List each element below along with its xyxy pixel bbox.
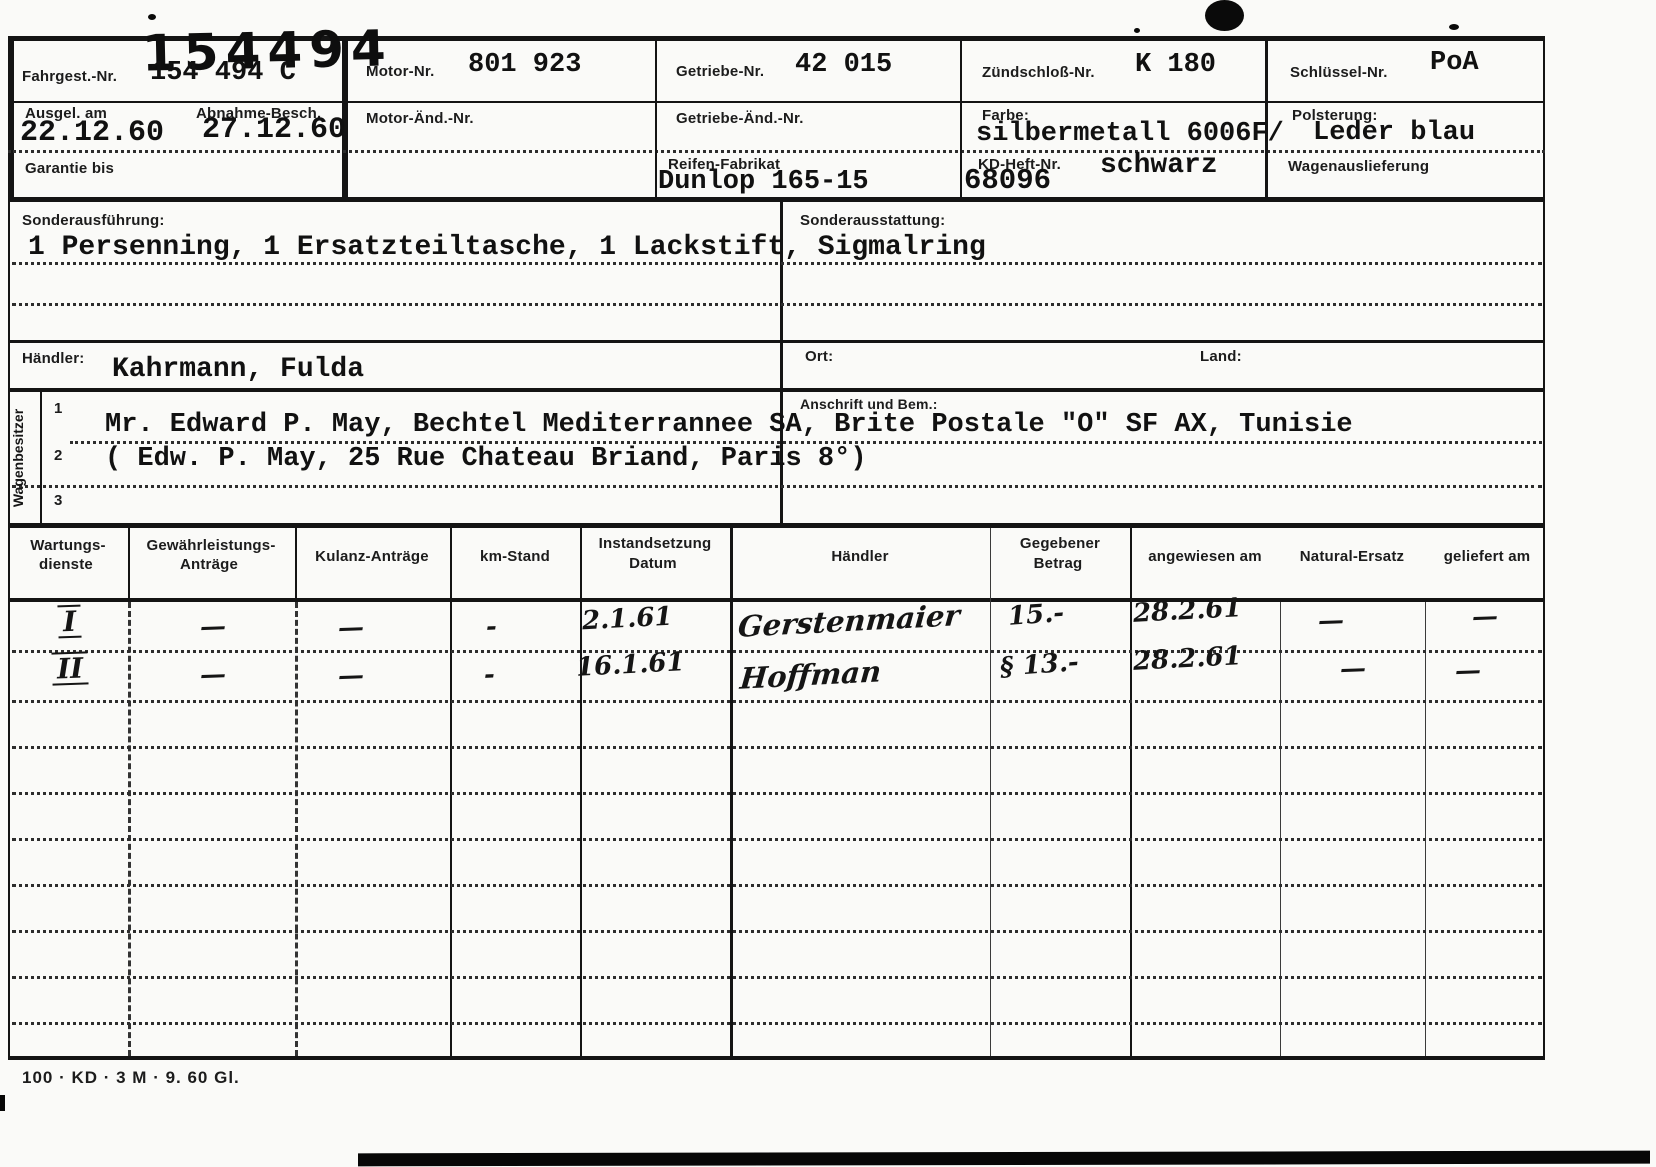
th-gewaehrleistung-1: Gewährleistungs- <box>146 537 275 554</box>
row-rule <box>12 1022 1542 1025</box>
kd-heft-value: 68096 <box>964 164 1051 197</box>
haendler-label: Händler: <box>22 350 84 367</box>
fahrgest-typed-value: 154 494 C <box>150 58 296 88</box>
besitzer-line2: ( Edw. P. May, 25 Rue Chateau Briand, Pa… <box>105 444 867 474</box>
row-rule <box>12 700 1542 703</box>
sonder-dotted-rule-2 <box>12 303 1542 306</box>
scanned-service-card: { "header": { "fahrgest_label": "Fahrges… <box>0 0 1656 1167</box>
row1-natural: — <box>1317 606 1344 637</box>
row-rule <box>12 792 1542 795</box>
row1-angewiesen: 28.2.61 <box>1132 593 1242 629</box>
row2-gewaehr: — <box>199 660 226 691</box>
fahrgest-label: Fahrgest.-Nr. <box>22 68 117 85</box>
row-rule <box>12 976 1542 979</box>
besitzer-row2-num: 2 <box>54 447 63 464</box>
sonderausfuehrung-value: 1 Persenning, 1 Ersatzteiltasche, 1 Lack… <box>28 232 986 263</box>
farbe-value: silbermetall 6006F/ <box>976 119 1284 149</box>
schluessel-value: PoA <box>1430 48 1479 78</box>
th-km-stand: km-Stand <box>480 548 550 565</box>
th-betrag-2: Betrag <box>1034 555 1083 572</box>
scan-speck <box>1449 24 1459 30</box>
th-haendler: Händler <box>831 548 888 565</box>
row1-gewaehr: — <box>199 612 226 643</box>
table-vdash <box>295 602 298 1056</box>
wagenauslieferung-label: Wagenauslieferung <box>1288 158 1429 175</box>
getriebe-label: Getriebe-Nr. <box>676 63 764 80</box>
th-angewiesen: angewiesen am <box>1148 548 1261 565</box>
row2-natural: — <box>1339 654 1366 685</box>
row1-dienst: I <box>57 605 81 639</box>
form-number-footer: 100 · KD · 3 M · 9. 60 Gl. <box>22 1068 240 1088</box>
besitzer-row3-num: 3 <box>54 492 63 509</box>
row2-geliefert: — <box>1454 656 1481 687</box>
row2-dotted-rule <box>8 150 1545 153</box>
idblock-bottom-rule <box>8 197 1545 202</box>
th-instandsetzung-2: Datum <box>629 555 677 572</box>
row-rule <box>12 650 1542 653</box>
row-rule <box>12 746 1542 749</box>
card-left-border-thick <box>8 36 14 200</box>
th-geliefert: geliefert am <box>1444 548 1531 565</box>
scan-edge-bar <box>358 1151 1650 1167</box>
besitzer-gutter-rule <box>40 392 42 523</box>
zuendschloss-label: Zündschloß-Nr. <box>982 64 1095 81</box>
row1-betrag: 15.- <box>1007 598 1065 632</box>
table-top-rule <box>8 523 1545 528</box>
card-right-border <box>1543 36 1545 1058</box>
row-rule <box>12 930 1542 933</box>
col-rule-motor-getriebe <box>655 36 657 200</box>
besitzer-dotted-rule-2 <box>12 485 1542 488</box>
col-rule-zuend-schluessel <box>1265 36 1268 200</box>
table-vdash <box>128 602 131 1056</box>
row2-kulanz: — <box>337 661 364 692</box>
haendler-value: Kahrmann, Fulda <box>112 354 364 385</box>
polsterung-value: Leder blau <box>1313 118 1475 148</box>
row-rule <box>12 838 1542 841</box>
th-instandsetzung-1: Instandsetzung <box>599 535 712 552</box>
motor-label: Motor-Nr. <box>366 63 434 80</box>
row2-haendler: Hoffman <box>739 654 883 696</box>
motor-aend-label: Motor-Änd.-Nr. <box>366 110 474 127</box>
th-natural-ersatz: Natural-Ersatz <box>1300 548 1405 565</box>
row2-dienst: II <box>51 651 88 686</box>
schluessel-label: Schlüssel-Nr. <box>1290 64 1388 81</box>
scan-speck <box>148 14 156 20</box>
haendler-bottom-rule <box>8 388 1545 392</box>
sonderausstattung-label: Sonderausstattung: <box>800 212 945 229</box>
row-rule <box>12 884 1542 887</box>
ausgel-value: 22.12.60 <box>20 116 164 150</box>
row1-haendler: Gerstenmaier <box>737 598 962 644</box>
land-label: Land: <box>1200 348 1242 365</box>
table-vline <box>295 528 297 598</box>
table-vline <box>128 528 130 598</box>
sonderausfuehrung-label: Sonderausführung: <box>22 212 165 229</box>
row1-rule <box>8 101 1545 103</box>
getriebe-aend-label: Getriebe-Änd.-Nr. <box>676 110 804 127</box>
th-wartungsdienste-2: dienste <box>39 556 93 573</box>
scan-speck <box>1134 28 1140 33</box>
verdeck-value: schwarz <box>1100 150 1218 181</box>
row2-angewiesen: 28.2.61 <box>1132 641 1242 677</box>
row1-geliefert: — <box>1471 602 1498 633</box>
table-vline <box>1425 602 1426 1056</box>
motor-value: 801 923 <box>468 50 581 80</box>
row2-km: - <box>483 660 495 690</box>
ort-label: Ort: <box>805 348 833 365</box>
wagenbesitzer-side-label: Wagenbesitzer <box>2 392 34 523</box>
reifen-value: Dunlop 165-15 <box>658 167 869 197</box>
row1-km: - <box>485 612 497 642</box>
th-gewaehrleistung-2: Anträge <box>180 556 238 573</box>
table-bottom-rule <box>8 1056 1545 1060</box>
zuendschloss-value: K 180 <box>1135 50 1216 80</box>
garantie-label: Garantie bis <box>25 160 114 177</box>
punch-hole-artifact <box>1205 0 1244 31</box>
table-vline <box>1280 602 1281 1056</box>
besitzer-row1-num: 1 <box>54 400 63 417</box>
th-wartungsdienste-1: Wartungs- <box>30 537 105 554</box>
row1-kulanz: — <box>337 613 364 644</box>
row2-betrag: § 13.- <box>999 647 1080 682</box>
th-betrag-1: Gegebener <box>1020 535 1100 552</box>
row1-datum: 2.1.61 <box>581 602 673 637</box>
sonder-bottom-rule <box>8 340 1545 343</box>
card-left-border <box>8 200 10 1058</box>
scan-edge-mark <box>0 1095 5 1111</box>
table-header-rule <box>8 598 1545 602</box>
th-kulanz: Kulanz-Anträge <box>315 548 429 565</box>
besitzer-line1: Mr. Edward P. May, Bechtel Mediterrannee… <box>105 410 1353 440</box>
abnahme-value: 27.12.60 <box>202 113 346 147</box>
getriebe-value: 42 015 <box>795 50 892 80</box>
col-rule-getriebe-zuend <box>960 36 962 200</box>
row2-datum: 16.1.61 <box>575 647 685 683</box>
